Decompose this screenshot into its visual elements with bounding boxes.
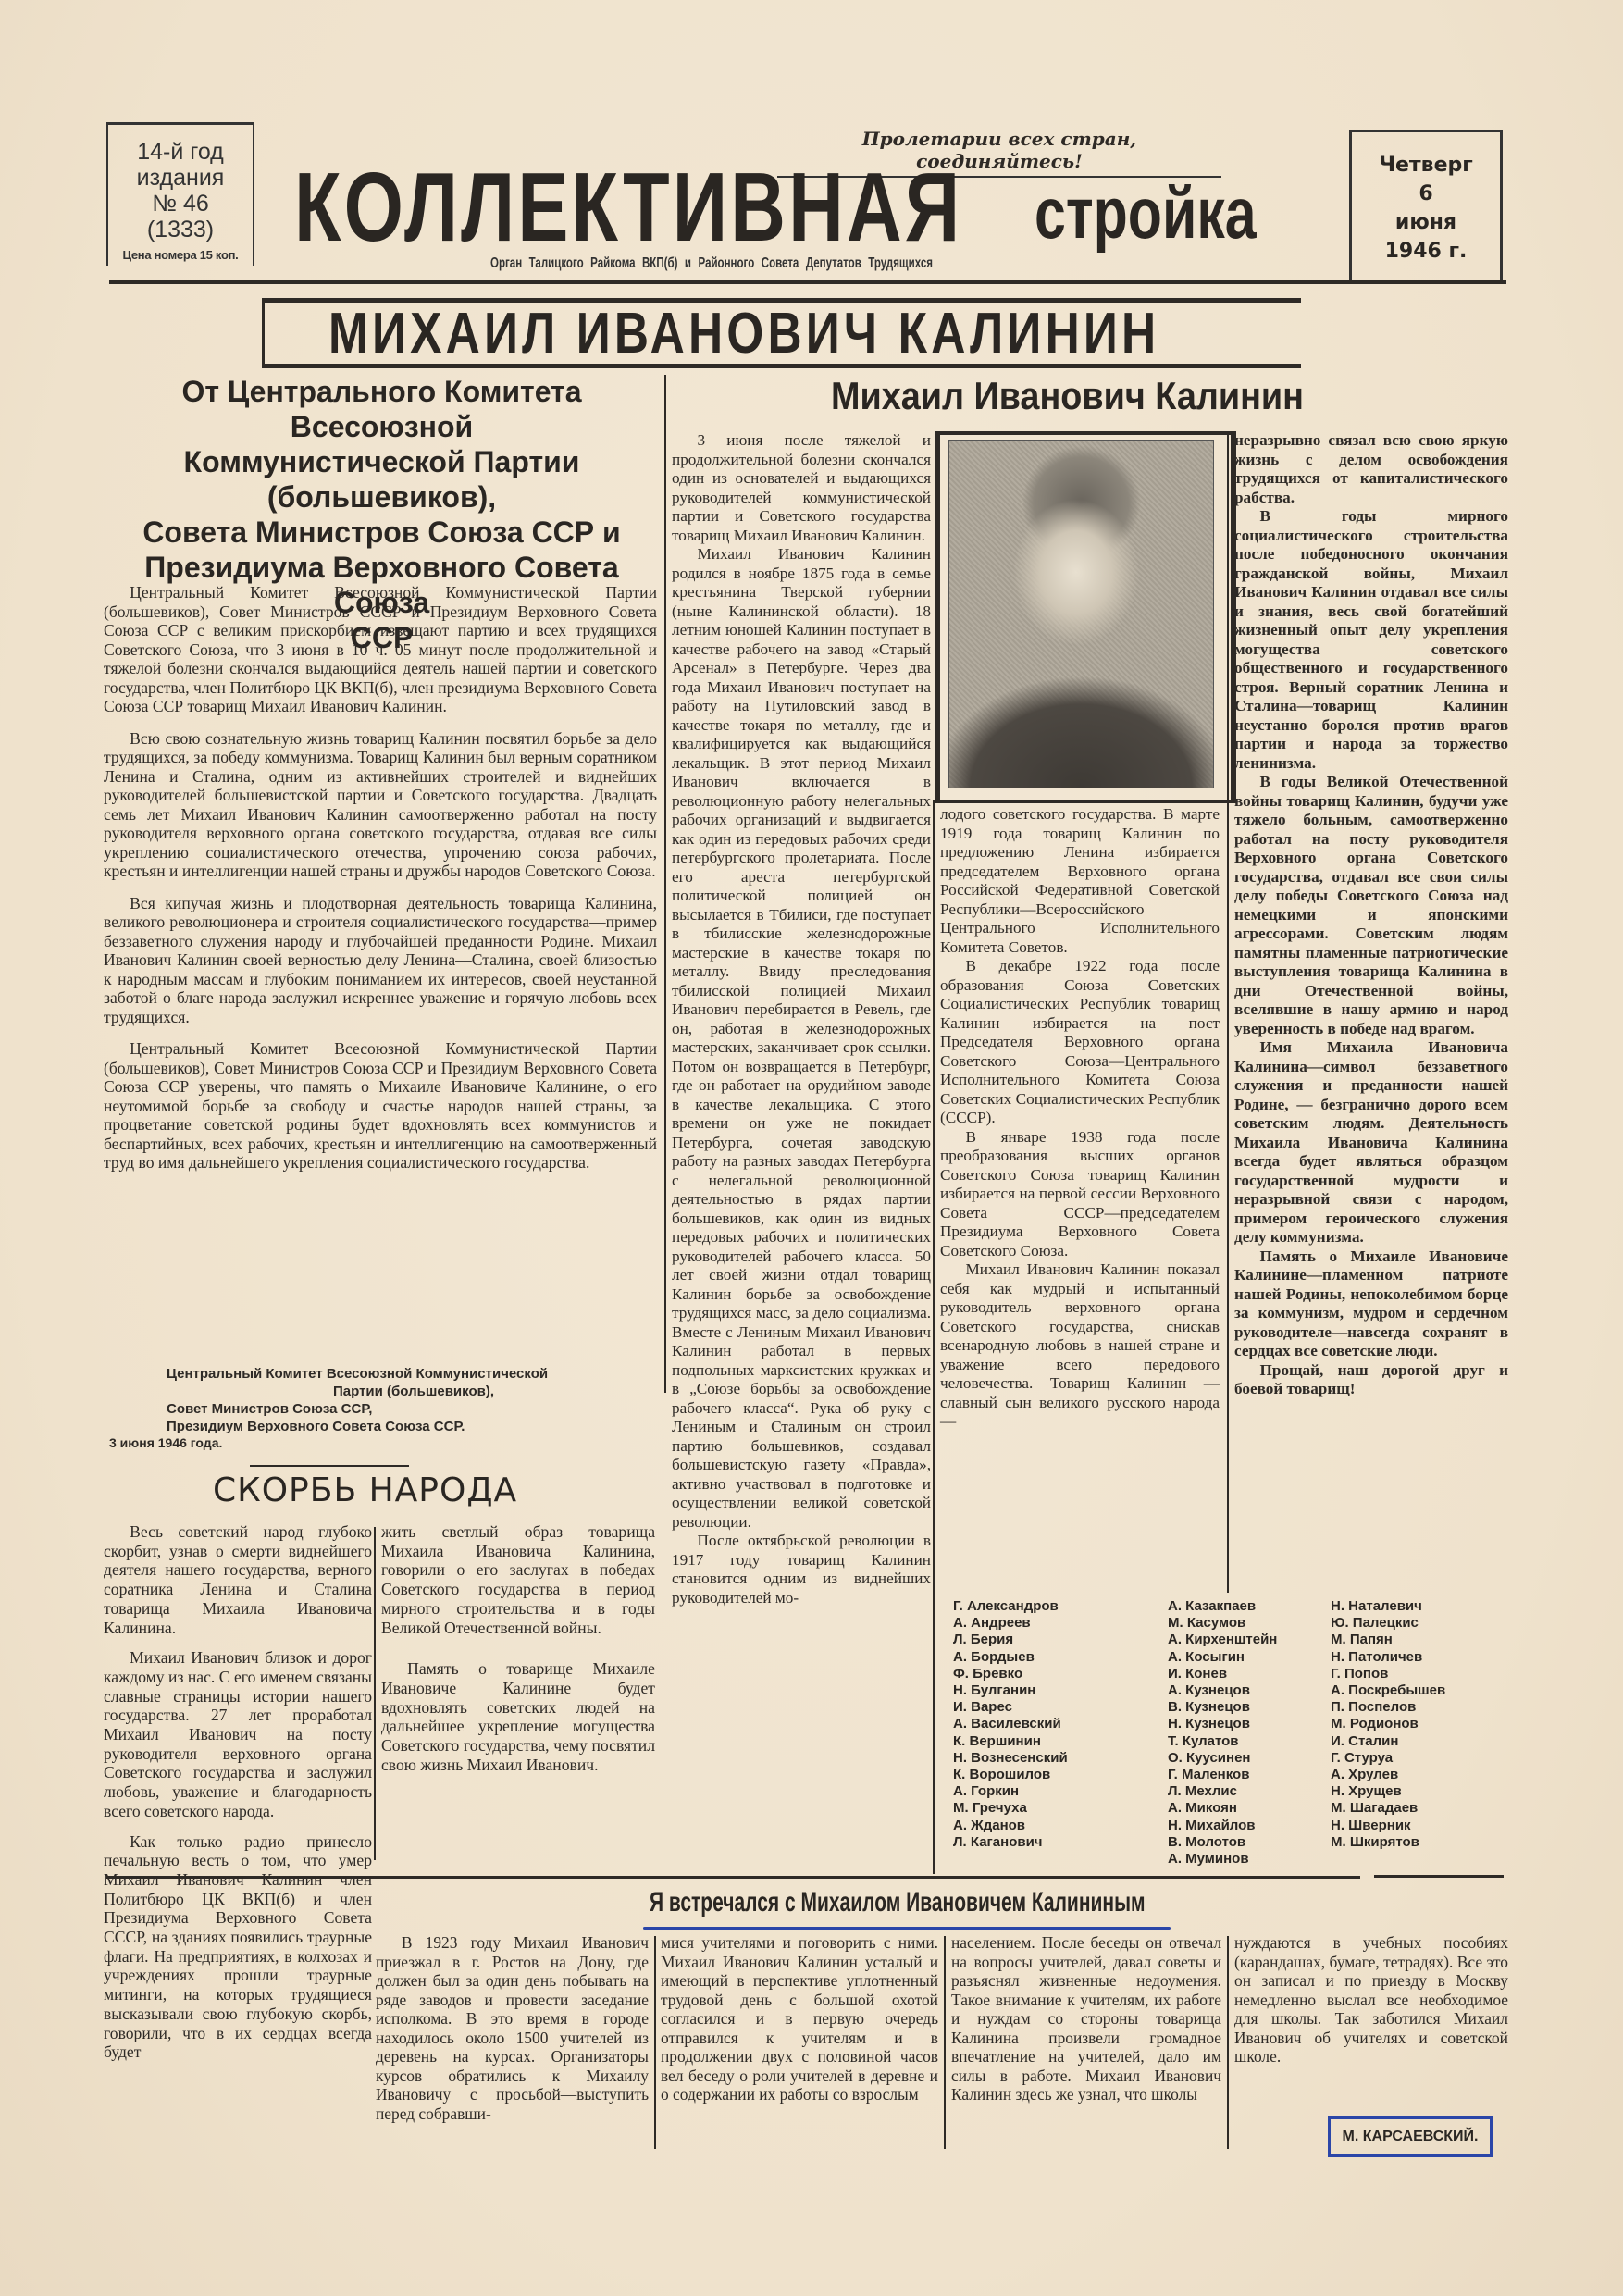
section-rule	[1374, 1875, 1504, 1878]
signatory-name: Г. Александров	[953, 1598, 1068, 1615]
signatories-column-1: Г. АлександровА. АндреевЛ. БерияА. Борды…	[953, 1598, 1068, 1851]
date-year: 1946 г.	[1352, 237, 1500, 266]
sorrow-column-2: жить светлый образ товарища Михаила Иван…	[381, 1522, 655, 1774]
section-rule	[106, 1876, 1360, 1879]
sorrow-column-1: Весь советский народ глубоко скорбит, уз…	[104, 1522, 372, 2062]
memoir-column-2: мися учителями и поговорить с ними. Миха…	[661, 1933, 938, 2104]
signatory-name: А. Поскребышев	[1331, 1682, 1445, 1699]
masthead-rule	[109, 280, 1506, 284]
signatory-name: М. Шагадаев	[1331, 1800, 1445, 1817]
signatory-name: А. Василевский	[953, 1716, 1068, 1732]
announcement-paragraph: Вся кипучая жизнь и плодотворная деятель…	[104, 894, 657, 1027]
signatory-name: А. Андреев	[953, 1615, 1068, 1632]
signatory-name: А. Кирхенштейн	[1168, 1632, 1277, 1648]
date-month: июня	[1352, 208, 1500, 237]
memoir-column-4: нуждаются в учебных пособиях (карандашах…	[1234, 1933, 1508, 2066]
signatory-name: И. Варес	[953, 1699, 1068, 1716]
signatory-name: И. Сталин	[1331, 1733, 1445, 1750]
signatory-name: А. Кузнецов	[1168, 1682, 1277, 1699]
memoir-heading-underline	[643, 1927, 1171, 1930]
issue-serial: (1333)	[108, 217, 253, 242]
signatory-name: М. Папян	[1331, 1632, 1445, 1648]
announcement-signatures: Центральный Комитет Всесоюзной Коммунист…	[167, 1365, 648, 1435]
signatory-name: Н. Булганин	[953, 1682, 1068, 1699]
signatories-column-2: А. КазакпаевМ. КасумовА. КирхенштейнА. К…	[1168, 1598, 1277, 1868]
signatory-name: А. Горкин	[953, 1783, 1068, 1800]
signatory-name: Т. Кулатов	[1168, 1733, 1277, 1750]
signatory-name: Ю. Палецкис	[1331, 1615, 1445, 1632]
signatory-name: А. Жданов	[953, 1818, 1068, 1834]
section-rule	[250, 1465, 409, 1467]
signatory-name: В. Кузнецов	[1168, 1699, 1277, 1716]
signatory-name: А. Муминов	[1168, 1851, 1277, 1868]
signatory-name: А. Косыгин	[1168, 1649, 1277, 1666]
signatory-name: Н. Кузнецов	[1168, 1716, 1277, 1732]
column-divider	[933, 800, 935, 1874]
signatory-name: М. Шкирятов	[1331, 1834, 1445, 1851]
biography-column-c: неразрывно связал всю свою яркую жизнь с…	[1234, 431, 1508, 1399]
signatory-name: И. Конев	[1168, 1666, 1277, 1682]
signatory-name: Н. Патоличев	[1331, 1649, 1445, 1666]
signatory-name: Н. Наталевич	[1331, 1598, 1445, 1615]
signatory-name: Н. Вознесенский	[953, 1750, 1068, 1767]
banner-headline: МИХАИЛ ИВАНОВИЧ КАЛИНИН	[328, 301, 1159, 366]
signatory-name: Г. Попов	[1331, 1666, 1445, 1682]
issue-number: № 46	[108, 191, 253, 217]
signatory-name: В. Молотов	[1168, 1834, 1277, 1851]
newspaper-organ-line: Орган Талицкого Райкома ВКП(б) и Районно…	[490, 255, 933, 272]
signatory-name: Н. Хрущев	[1331, 1783, 1445, 1800]
announcement-paragraph: Всю свою сознательную жизнь товарищ Кали…	[104, 729, 657, 881]
date-day: 6	[1352, 180, 1500, 208]
column-divider	[374, 1527, 376, 1860]
newspaper-page: 14-й год издания № 46 (1333) Цена номера…	[0, 0, 1623, 2296]
sorrow-heading: СКОРБЬ НАРОДА	[213, 1471, 517, 1509]
issue-info-box: 14-й год издания № 46 (1333) Цена номера…	[106, 122, 254, 266]
signatory-name: Г. Маленков	[1168, 1767, 1277, 1783]
newspaper-title-main: КОЛЛЕКТИВНАЯ	[294, 152, 962, 264]
signatory-name: О. Куусинен	[1168, 1750, 1277, 1767]
signatory-name: Л. Каганович	[953, 1834, 1068, 1851]
column-divider	[1227, 431, 1229, 1593]
signatories-column-3: Н. НаталевичЮ. ПалецкисМ. ПапянН. Патоли…	[1331, 1598, 1445, 1851]
column-divider	[944, 1936, 946, 2149]
signatory-name: Л. Берия	[953, 1632, 1068, 1648]
announcement-paragraph: Центральный Комитет Всесоюзной Коммунист…	[104, 1039, 657, 1173]
signatory-name: К. Вершинин	[953, 1733, 1068, 1750]
issue-price: Цена номера 15 коп.	[108, 242, 253, 268]
edition-label: издания	[108, 165, 253, 191]
signatory-name: П. Поспелов	[1331, 1699, 1445, 1716]
signatory-name: М. Гречуха	[953, 1800, 1068, 1817]
memoir-heading: Я встречался с Михаилом Ивановичем Калин…	[650, 1887, 1146, 1918]
signatory-name: М. Родионов	[1331, 1716, 1445, 1732]
memoir-author-stamp: М. КАРСАЕВСКИЙ.	[1328, 2116, 1493, 2157]
announcement-date: 3 июня 1946 года.	[109, 1434, 222, 1452]
signatory-name: А. Казакпаев	[1168, 1598, 1277, 1615]
column-divider	[1227, 1936, 1229, 2149]
portrait-photo	[948, 440, 1214, 788]
signatory-name: А. Бордыев	[953, 1649, 1068, 1666]
biography-column-b: лодого советского государства. В марте 1…	[940, 805, 1220, 1432]
signatory-name: Н. Михайлов	[1168, 1818, 1277, 1834]
signatory-name: К. Ворошилов	[953, 1767, 1068, 1783]
memoir-column-3: населением. После беседы он отвечал на в…	[951, 1933, 1221, 2104]
signatory-name: Г. Стуруа	[1331, 1750, 1445, 1767]
date-box: Четверг 6 июня 1946 г.	[1349, 130, 1503, 283]
announcement-body: Центральный Комитет Всесоюзной Коммунист…	[104, 583, 657, 1173]
date-weekday: Четверг	[1352, 151, 1500, 180]
signatory-name: Ф. Бревко	[953, 1666, 1068, 1682]
column-divider	[654, 1936, 656, 2149]
memoir-column-1: В 1923 году Михаил Иванович приезжал в г…	[376, 1933, 649, 2123]
biography-column-a: 3 июня после тяжелой и продолжительной б…	[672, 431, 931, 1607]
signatory-name: Л. Мехлис	[1168, 1783, 1277, 1800]
column-divider	[664, 375, 666, 1393]
publication-year: 14-й год	[108, 139, 253, 165]
announcement-paragraph: Центральный Комитет Всесоюзной Коммунист…	[104, 583, 657, 716]
signatory-name: Н. Шверник	[1331, 1818, 1445, 1834]
signatory-name: А. Хрулев	[1331, 1767, 1445, 1783]
signatory-name: М. Касумов	[1168, 1615, 1277, 1632]
biography-heading: Михаил Иванович Калинин	[831, 374, 1304, 418]
signatory-name: А. Микоян	[1168, 1800, 1277, 1817]
newspaper-title-second: стройка	[1035, 171, 1257, 255]
